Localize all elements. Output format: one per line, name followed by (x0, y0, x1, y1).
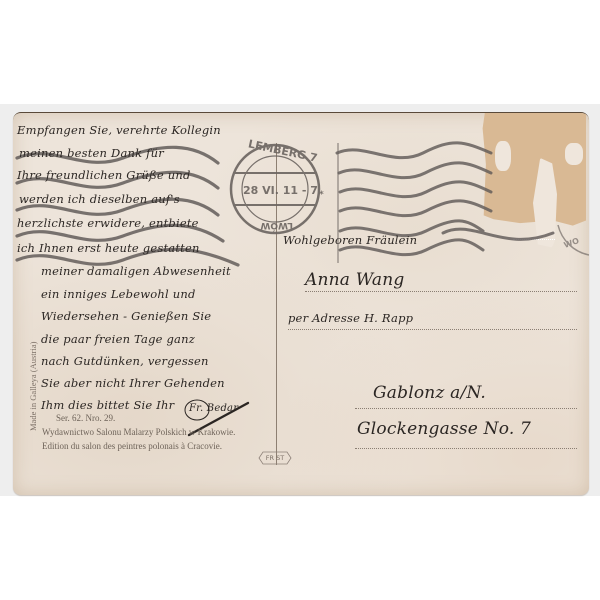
address-salutation: Wohlgeboren Fräulein (283, 233, 417, 247)
series-number: Ser. 62. Nro. 29. (56, 413, 115, 423)
message-line: meinen besten Dank für (19, 146, 164, 160)
message-line: Empfangen Sie, verehrte Kollegin (17, 123, 221, 137)
address-line (355, 448, 577, 449)
message-line: Ihm dies bittet Sie Ihr (41, 398, 174, 412)
publisher-line-polish: Wydawnictwo Salonu Malarzy Polskich w Kr… (42, 427, 235, 437)
partial-postmark-right: WO (558, 225, 589, 255)
svg-text:WO: WO (563, 236, 581, 250)
address-care-of: per Adresse H. Rapp (288, 311, 413, 325)
printer-mark-text: FR ST (266, 454, 284, 462)
printer-mark-badge: FR ST (258, 451, 292, 465)
message-line: werden ich dieselben auf's (19, 192, 180, 206)
address-street: Glockengasse No. 7 (357, 419, 531, 439)
message-line: ich Ihnen erst heute gestatten (17, 241, 200, 255)
made-in-margin-text: Made in Galleya (Austria) (28, 342, 38, 431)
signature: Fr. Bedar (189, 403, 238, 414)
address-line (355, 408, 577, 409)
message-line: Wiedersehen - Genießen Sie (41, 309, 211, 323)
publisher-line-french: Edition du salon des peintres polonais à… (42, 441, 222, 451)
message-line: herzlichste erwidere, entbiete (17, 216, 199, 230)
address-line (305, 291, 577, 292)
address-line (288, 329, 577, 330)
message-line: Sie aber nicht Ihrer Gehenden (41, 376, 225, 390)
postmark-date: 28 VI. 11 - 7 (243, 184, 318, 197)
postcard: LEMBERG 7 28 VI. 11 - 7 LWÓW * WO Empfan… (13, 112, 589, 495)
message-line: meiner damaligen Abwesenheit (41, 264, 231, 278)
message-line: nach Gutdünken, vergessen (41, 354, 209, 368)
svg-text:*: * (319, 190, 324, 200)
message-line: Ihre freundlichen Grüße und (17, 168, 191, 182)
address-city: Gablonz a/N. (373, 383, 486, 403)
address-name: Anna Wang (305, 270, 404, 290)
message-line: die paar freien Tage ganz (41, 332, 195, 346)
postmark-lower-text: LWÓW (260, 220, 293, 232)
message-line: ein inniges Lebewohl und (41, 287, 196, 301)
postmark-lemberg: LEMBERG 7 28 VI. 11 - 7 LWÓW * (231, 137, 324, 233)
